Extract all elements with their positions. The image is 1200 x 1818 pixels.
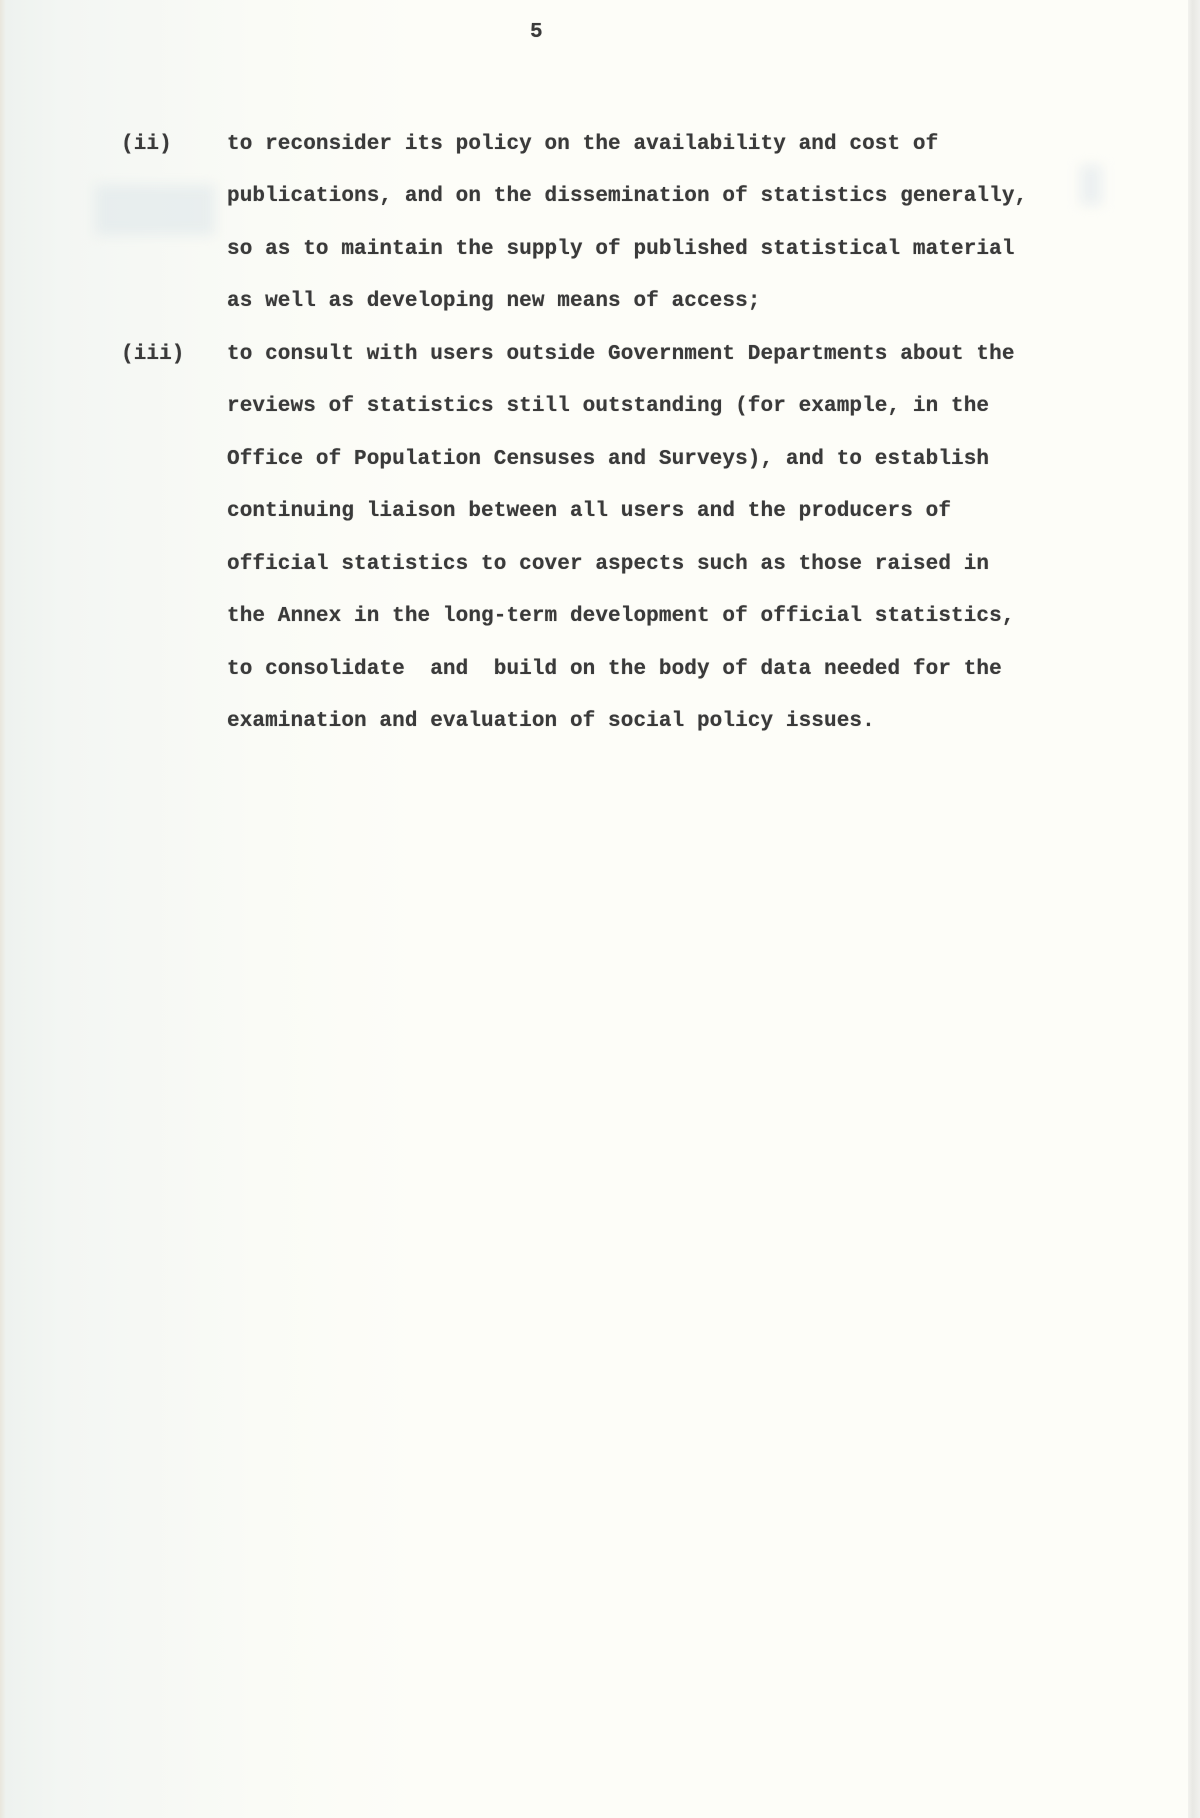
- item-iii-line: examination and evaluation of social pol…: [227, 709, 875, 735]
- page-number: 5: [530, 20, 543, 46]
- item-ii-line: to reconsider its policy on the availabi…: [227, 132, 938, 158]
- item-label-ii: (ii): [121, 132, 172, 158]
- item-iii-line: continuing liaison between all users and…: [227, 499, 951, 525]
- item-iii-line: official statistics to cover aspects suc…: [227, 552, 989, 578]
- item-ii-line: so as to maintain the supply of publishe…: [227, 237, 1015, 263]
- page-edge: [1188, 0, 1200, 1818]
- item-iii-line: Office of Population Censuses and Survey…: [227, 447, 989, 473]
- bleed-through-mark: [95, 185, 215, 235]
- item-iii-line: to consolidate and build on the body of …: [227, 657, 1002, 683]
- item-iii-line: the Annex in the long-term development o…: [227, 604, 1015, 630]
- document-page: 5 (ii) to reconsider its policy on the a…: [0, 0, 1200, 1818]
- item-iii-line: to consult with users outside Government…: [227, 342, 1015, 368]
- item-ii-line: publications, and on the dissemination o…: [227, 184, 1027, 210]
- item-ii-line: as well as developing new means of acces…: [227, 289, 761, 315]
- item-iii-line: reviews of statistics still outstanding …: [227, 394, 989, 420]
- bleed-through-mark: [1080, 165, 1102, 205]
- item-label-iii: (iii): [121, 342, 185, 368]
